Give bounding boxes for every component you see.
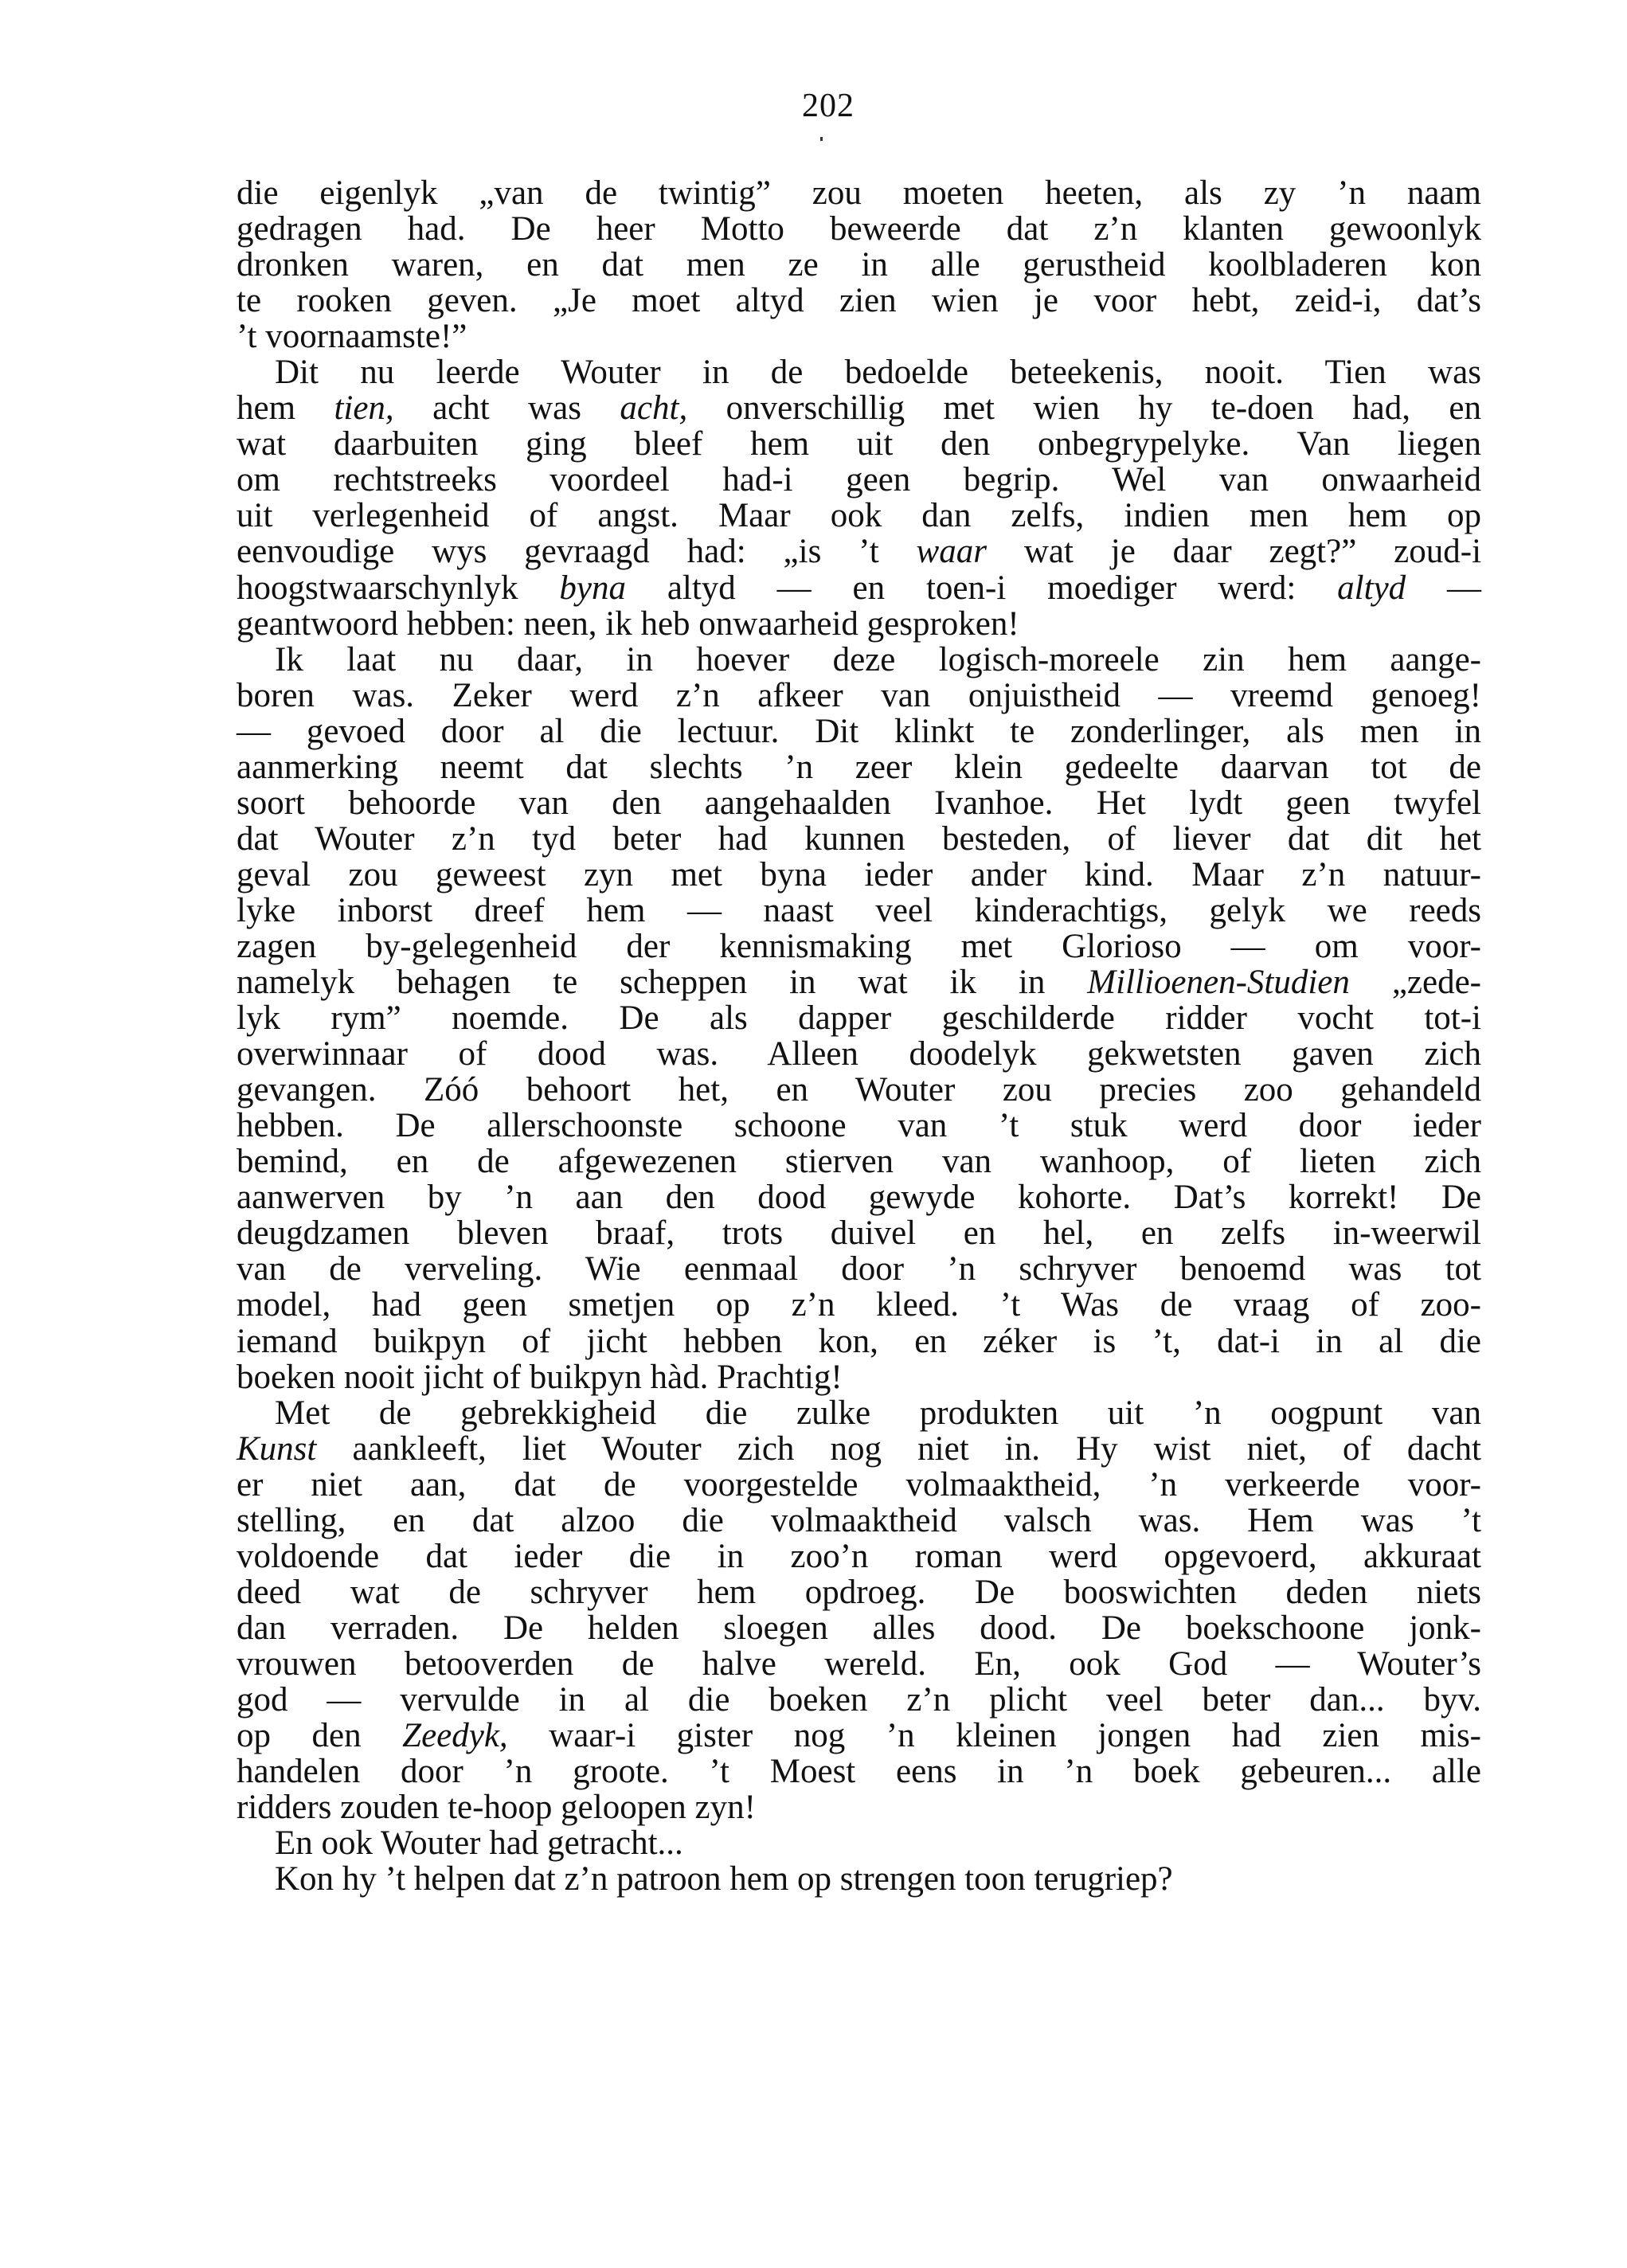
- text-line: geval zou geweest zyn met byna ieder and…: [237, 857, 1481, 893]
- text-line: deugdzamen bleven braaf, trots duivel en…: [237, 1215, 1481, 1251]
- text-line: dan verraden. De helden sloegen alles do…: [237, 1610, 1481, 1646]
- text-line: Met de gebrekkigheid die zulke produkten…: [237, 1395, 1481, 1431]
- text-line: wat daarbuiten ging bleef hem uit den on…: [237, 426, 1481, 462]
- text-line: handelen door ’n groote. ’t Moest eens i…: [237, 1754, 1481, 1789]
- text-line: bemind, en de afgewezenen stierven van w…: [237, 1144, 1481, 1179]
- text-line: zagen by-gelegenheid der kennismaking me…: [237, 929, 1481, 964]
- text-line: soort behoorde van den aangehaalden Ivan…: [237, 785, 1481, 821]
- text-line: van de verveling. Wie eenmaal door ’n sc…: [237, 1251, 1481, 1287]
- text-line: dat Wouter z’n tyd beter had kunnen best…: [237, 821, 1481, 857]
- text-line: uit verlegenheid of angst. Maar ook dan …: [237, 498, 1481, 534]
- italic-emphasis: Kunst: [237, 1430, 316, 1468]
- text-line: op den Zeedyk, waar-i gister nog ’n klei…: [237, 1718, 1481, 1754]
- text-line: die eigenlyk „van de twintig” zou moeten…: [237, 175, 1481, 211]
- page-number: 202: [0, 89, 1627, 123]
- text-line: gevangen. Zóó behoort het, en Wouter zou…: [237, 1072, 1481, 1108]
- text-line: gedragen had. De heer Motto beweerde dat…: [237, 211, 1481, 247]
- text-line: om rechtstreeks voordeel had-i geen begr…: [237, 462, 1481, 498]
- text-line: voldoende dat ieder die in zoo’n roman w…: [237, 1539, 1481, 1574]
- text-line: lyk rym” noemde. De als dapper geschilde…: [237, 1000, 1481, 1036]
- text-line: god — vervulde in al die boeken z’n plic…: [237, 1682, 1481, 1718]
- text-line: — gevoed door al die lectuur. Dit klinkt…: [237, 714, 1481, 749]
- text-line: stelling, en dat alzoo die volmaaktheid …: [237, 1503, 1481, 1539]
- text-line: lyke inborst dreef hem — naast veel kind…: [237, 893, 1481, 929]
- text-line: model, had geen smetjen op z’n kleed. ’t…: [237, 1287, 1481, 1323]
- text-line: te rooken geven. „Je moet altyd zien wie…: [237, 283, 1481, 319]
- text-line: overwinnaar of dood was. Alleen doodelyk…: [237, 1036, 1481, 1072]
- italic-emphasis: altyd: [1337, 569, 1406, 607]
- text-line: Kunst aankleeft, liet Wouter zich nog ni…: [237, 1431, 1481, 1467]
- italic-emphasis: Zeedyk,: [402, 1717, 508, 1754]
- text-line: ridders zouden te-hoop geloopen zyn!: [237, 1789, 1481, 1825]
- text-line: eenvoudige wys gevraagd had: „is ’t waar…: [237, 534, 1481, 569]
- text-line: geantwoord hebben: neen, ik heb onwaarhe…: [237, 606, 1481, 642]
- text-line: hem tien, acht was acht, onverschillig m…: [237, 390, 1481, 426]
- text-line: boren was. Zeker werd z’n afkeer van onj…: [237, 678, 1481, 714]
- text-line: boeken nooit jicht of buikpyn hàd. Prach…: [237, 1359, 1481, 1395]
- text-line: Kon hy ’t helpen dat z’n patroon hem op …: [237, 1861, 1481, 1897]
- text-line: En ook Wouter had getracht...: [237, 1825, 1481, 1861]
- body-text: die eigenlyk „van de twintig” zou moeten…: [237, 175, 1481, 1897]
- text-line: hebben. De allerschoonste schoone van ’t…: [237, 1108, 1481, 1144]
- text-line: deed wat de schryver hem opdroeg. De boo…: [237, 1574, 1481, 1610]
- text-line: vrouwen betooverden de halve wereld. En,…: [237, 1646, 1481, 1682]
- book-page: 202 die eigenlyk „van de twintig” zou mo…: [0, 0, 1627, 2268]
- text-line: er niet aan, dat de voorgestelde volmaak…: [237, 1467, 1481, 1503]
- italic-emphasis: acht,: [620, 389, 687, 427]
- italic-emphasis: tien,: [334, 389, 393, 427]
- text-line: aanwerven by ’n aan den dood gewyde koho…: [237, 1179, 1481, 1215]
- text-line: ’t voornaamste!”: [237, 319, 1481, 354]
- text-line: namelyk behagen te scheppen in wat ik in…: [237, 964, 1481, 1000]
- text-line: Ik laat nu daar, in hoever deze logisch-…: [237, 642, 1481, 678]
- italic-emphasis: Millioenen-Studien: [1087, 964, 1350, 1001]
- text-line: aanmerking neemt dat slechts ’n zeer kle…: [237, 749, 1481, 785]
- text-line: Dit nu leerde Wouter in de bedoelde bete…: [237, 354, 1481, 390]
- text-line: iemand buikpyn of jicht hebben kon, en z…: [237, 1324, 1481, 1359]
- italic-emphasis: waar: [917, 533, 987, 570]
- text-line: dronken waren, en dat men ze in alle ger…: [237, 247, 1481, 283]
- italic-emphasis: byna: [559, 569, 626, 607]
- text-line: hoogstwaarschynlyk byna altyd — en toen-…: [237, 570, 1481, 606]
- print-speck: [820, 137, 823, 141]
